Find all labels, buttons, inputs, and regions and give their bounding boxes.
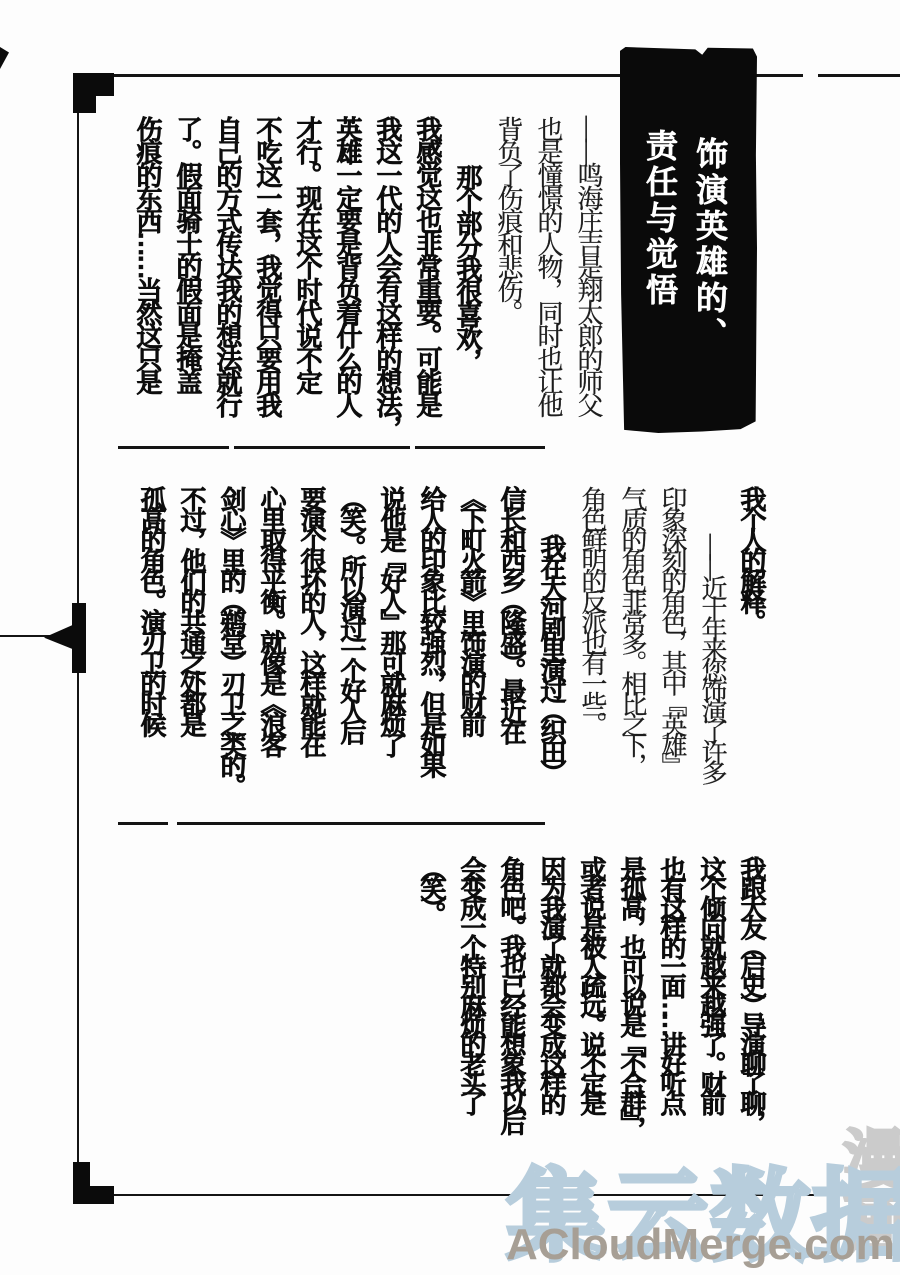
watermark-domain: ACloudMerge.com <box>506 1220 895 1270</box>
text-column: 也是憧憬的人物，同时也让他 <box>528 116 568 448</box>
text-column: 了。假面骑士的假面是掩盖 <box>168 116 208 448</box>
text-section-3: 我跟大友（启史）导演聊了聊，这个倾向就越来越强了。财前也有这样的一面……讲好听点… <box>412 856 772 1138</box>
text-column: 角色吧。我也已经能想象我以后 <box>492 856 532 1138</box>
text-column: 要演个很坏的人，这样就能在 <box>292 486 332 818</box>
text-column: 背负了伤痕和悲伤。 <box>488 116 528 448</box>
text-column: 我在大河剧里演过（织田） <box>532 486 572 818</box>
text-column: 自己的方式传达我的想法就行 <box>208 116 248 448</box>
register-mark-left <box>72 603 86 673</box>
text-column: 印象深刻的角色，其中『英雄』 <box>652 486 692 818</box>
text-column: 剑心》里的（鹈堂）刃卫之类的。 <box>212 486 252 818</box>
text-column: 英雄一定要是背负着什么的人 <box>328 116 368 448</box>
text-column: 说他是『好人』那可就麻烦了 <box>372 486 412 818</box>
text-column: 也有这样的一面……讲好听点 <box>652 856 692 1138</box>
edge-mark-top-left <box>0 47 9 69</box>
text-column: 孤高的角色。演刃卫的时候 <box>132 486 172 818</box>
text-column: （笑）。 <box>412 856 452 1138</box>
frame-line-top-right <box>818 74 900 77</box>
text-column: 或者说是被人疏远。说不定是 <box>572 856 612 1138</box>
register-wedge-left <box>44 622 74 652</box>
title-line-2: 责任与觉悟 <box>635 129 685 309</box>
title-line-1: 饰演英雄的、 <box>685 137 735 353</box>
section-divider-2b <box>177 822 545 825</box>
text-column: 那个部分我很喜欢， <box>448 116 488 448</box>
text-column: 会变成一个特别麻烦的老头了 <box>452 856 492 1138</box>
text-section-1: ——鸣海庄吉是翔太郎的师父也是憧憬的人物，同时也让他背负了伤痕和悲伤。那个部分我… <box>128 116 608 448</box>
text-column: （笑）。所以演过一个好人后 <box>332 486 372 818</box>
text-column: ——鸣海庄吉是翔太郎的师父 <box>568 116 608 448</box>
title-box: 饰演英雄的、 责任与觉悟 <box>620 47 757 433</box>
text-column: 我这一代的人会有这样的想法， <box>368 116 408 448</box>
text-column: 角色鲜明的反派也有一些。 <box>572 486 612 818</box>
text-column: 《下町火箭》里饰演的财前 <box>452 486 492 818</box>
text-column: 我感觉这也非常重要。可能是 <box>408 116 448 448</box>
text-column: 气质的角色非常多。相比之下， <box>612 486 652 818</box>
text-column: 我个人的解释。 <box>732 486 772 818</box>
text-column: 伤痕的东西……当然这只是 <box>128 116 168 448</box>
corner-mark-top-left <box>73 73 96 113</box>
text-column: 不吃这一套，我觉得只要用我 <box>248 116 288 448</box>
text-column: 心里取得平衡。就像是《浪客 <box>252 486 292 818</box>
text-column: 给人的印象比较强烈，但是如果 <box>412 486 452 818</box>
text-column: 这个倾向就越来越强了。财前 <box>692 856 732 1138</box>
text-column: 信长和西乡（隆盛）。最近在 <box>492 486 532 818</box>
text-section-2: 我个人的解释。——近十年来您饰演了许多印象深刻的角色，其中『英雄』气质的角色非常… <box>132 486 772 818</box>
text-column: 才行。现在这个时代说不定 <box>288 116 328 448</box>
corner-mark-bottom-left <box>73 1186 114 1204</box>
text-column: 是孤高，也可以说是『不合群』， <box>612 856 652 1138</box>
text-column: 我跟大友（启史）导演聊了聊， <box>732 856 772 1138</box>
text-column: 不过，他们的共通之处都是 <box>172 486 212 818</box>
text-column: 因为我演了就都会变成这样的 <box>532 856 572 1138</box>
text-column: ——近十年来您饰演了许多 <box>692 486 732 818</box>
section-divider-2a <box>118 822 168 825</box>
magazine-page: 饰演英雄的、 责任与觉悟 ——鸣海庄吉是翔太郎的师父也是憧憬的人物，同时也让他背… <box>0 0 900 1275</box>
